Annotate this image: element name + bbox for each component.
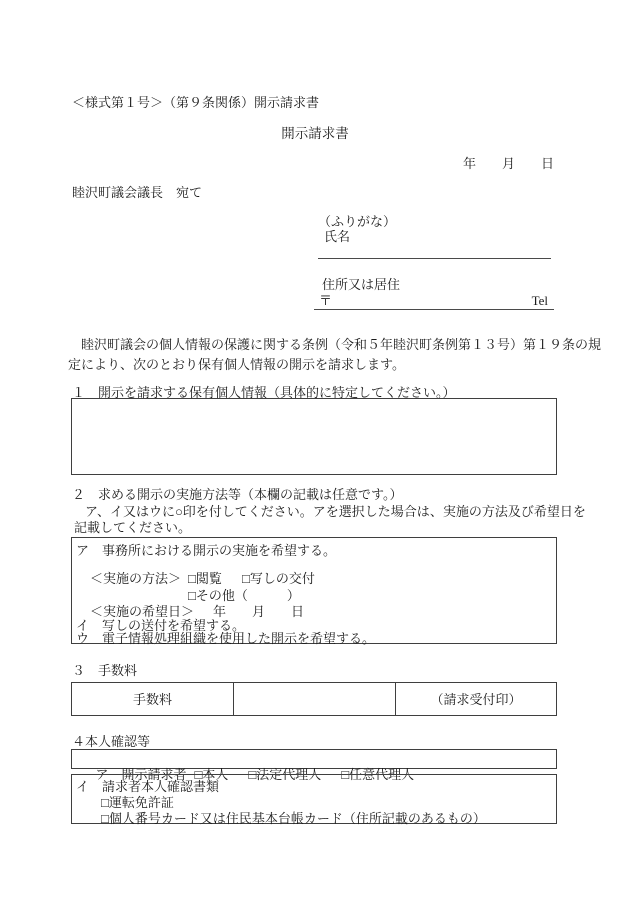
checkbox-mynumber-card: □個人番号カード又は住民基本台帳カード（住所記載のあるもの）	[101, 811, 486, 826]
section2-note-line2: 記載してください。	[74, 520, 191, 535]
checkbox-other: □その他（ ）	[188, 588, 300, 603]
tel-label: Tel	[532, 293, 554, 309]
intro-paragraph-line1: 睦沢町議会の個人情報の保護に関する条例（令和５年睦沢町条例第１３号）第１９条の規	[68, 337, 601, 352]
wish-date-label: ＜実施の希望日＞	[90, 604, 194, 619]
postal-tel-row: 〒 Tel	[314, 293, 554, 310]
requester-type-box: ア 開示請求者□本人□法定代理人□任意代理人	[71, 749, 557, 769]
postal-mark: 〒	[314, 293, 332, 309]
section2-heading: ２ 求める開示の実施方法等（本欄の記載は任意です。）	[72, 487, 402, 502]
document-title: 開示請求書	[0, 126, 630, 141]
checkbox-copy: □写しの交付	[242, 571, 315, 586]
fee-label-cell: 手数料	[72, 683, 234, 715]
date-line: 年 月 日	[463, 156, 554, 171]
name-underline	[318, 258, 551, 259]
method-label: ＜実施の方法＞	[90, 571, 181, 586]
checkbox-drivers-license: □運転免許証	[101, 795, 174, 810]
form-number-line: ＜様式第１号＞（第９条関係）開示請求書	[72, 95, 319, 110]
wish-date-fields: 年 月 日	[213, 604, 304, 619]
furigana-label: （ふりがな）	[318, 214, 396, 229]
intro-paragraph-line2: 定により、次のとおり保有個人情報の開示を請求します。	[68, 357, 405, 372]
receipt-stamp-cell: （請求受付印）	[396, 683, 556, 715]
fee-value-cell	[234, 683, 396, 715]
addressee-line: 睦沢町議会議長 宛て	[72, 185, 202, 200]
identity-docs-box: イ 請求者本人確認書類 □運転免許証 □個人番号カード又は住民基本台帳カード（住…	[71, 774, 557, 824]
section3-heading: ３ 手数料	[72, 663, 137, 678]
section4-heading: ４本人確認等	[72, 734, 150, 749]
identity-docs-heading-line: イ 請求者本人確認書類	[76, 779, 219, 794]
option-u-line: ウ 電子情報処理組織を使用した開示を希望する。	[76, 631, 375, 646]
section1-request-box	[71, 398, 557, 475]
section2-note-line1: ア、イ又はウに○印を付してください。アを選択した場合は、実施の方法及び希望日を	[72, 504, 586, 519]
name-label: 氏名	[324, 229, 350, 244]
section2-options-box: ア 事務所における開示の実施を希望する。 ＜実施の方法＞ □閲覧 □写しの交付 …	[71, 537, 557, 644]
checkbox-view: □閲覧	[188, 571, 222, 586]
fee-table: 手数料 （請求受付印）	[71, 682, 557, 716]
disclosure-request-form-page: ＜様式第１号＞（第９条関係）開示請求書 開示請求書 年 月 日 睦沢町議会議長 …	[0, 0, 630, 903]
option-a-line: ア 事務所における開示の実施を希望する。	[76, 543, 336, 558]
address-label: 住所又は居住	[322, 277, 400, 292]
